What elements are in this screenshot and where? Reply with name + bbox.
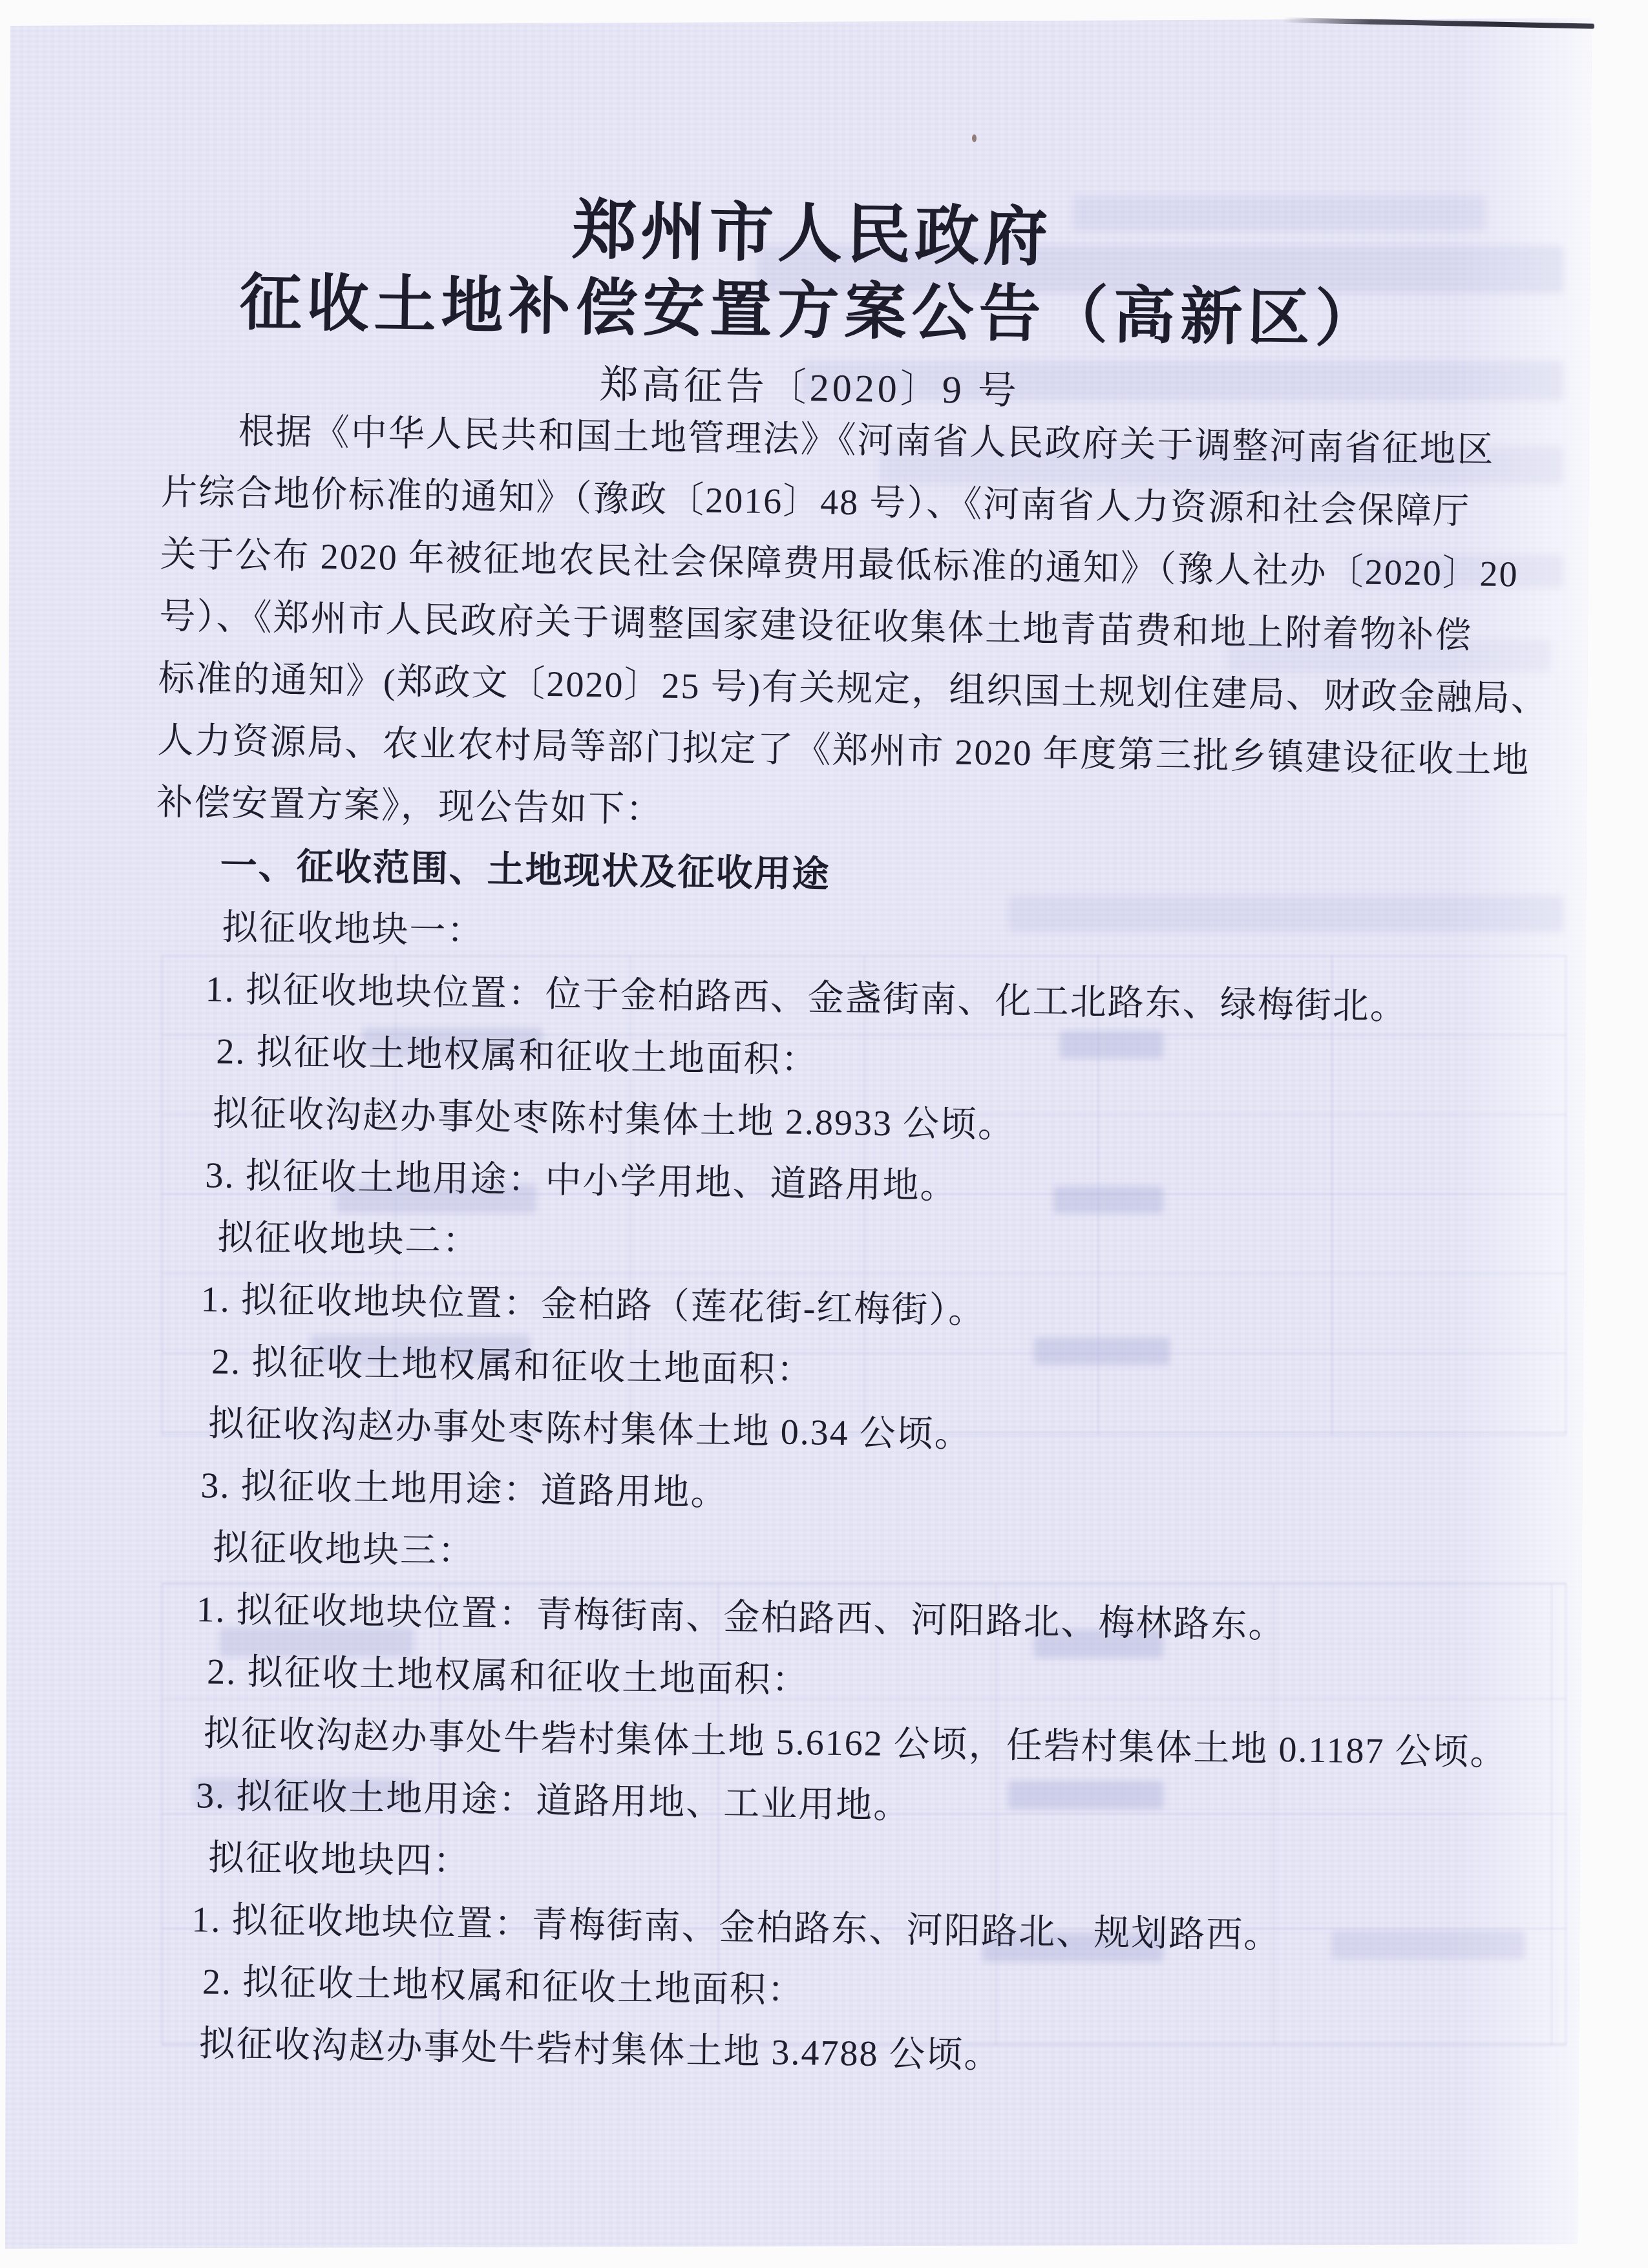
scanned-page: 郑州市人民政府 征收土地补偿安置方案公告（高新区） 郑高征告〔2020〕9 号 … [0, 0, 1648, 2268]
document-body: 根据《中华人民共和国土地管理法》《河南省人民政府关于调整河南省征地区 片综合地价… [138, 399, 1527, 2094]
paper-speck [972, 134, 977, 142]
document-content: 郑州市人民政府 征收土地补偿安置方案公告（高新区） 郑高征告〔2020〕9 号 … [17, 0, 1614, 12]
